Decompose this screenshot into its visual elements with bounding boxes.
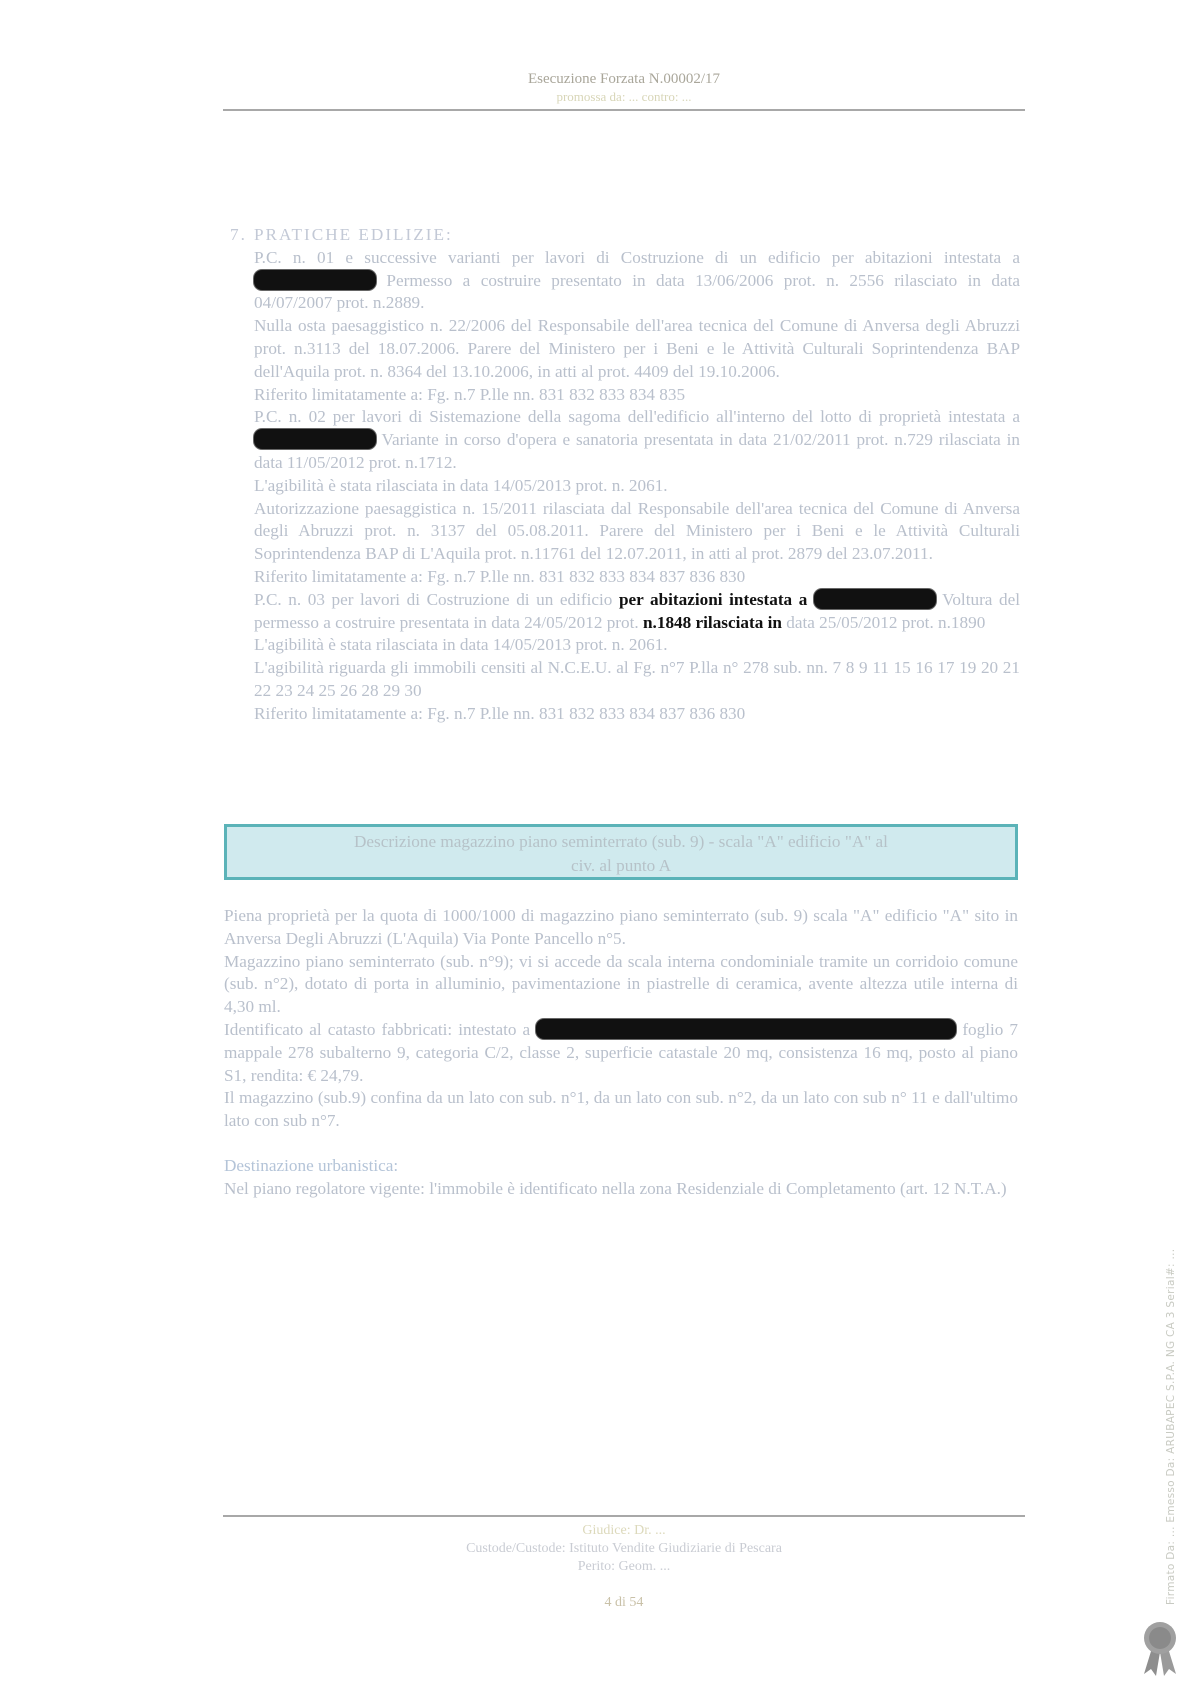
paragraph: Piena proprietà per la quota di 1000/100… <box>224 905 1018 951</box>
paragraph: Riferito limitatamente a: Fg. n.7 P.lle … <box>254 703 1020 726</box>
boxed-heading: Descrizione magazzino piano seminterrato… <box>224 824 1018 880</box>
section-number: 7. <box>230 224 247 247</box>
paragraph: P.C. n. 01 e successive varianti per lav… <box>254 247 1020 315</box>
zoning-heading: Destinazione urbanistica: <box>224 1155 1018 1178</box>
case-parties: promossa da: ... contro: ... <box>223 88 1025 106</box>
section-title: PRATICHE EDILIZIE: <box>254 225 453 244</box>
footer-custodian: Custode/Custode: Istituto Vendite Giudiz… <box>223 1540 1025 1558</box>
section-heading: 7. PRATICHE EDILIZIE: <box>230 224 1020 247</box>
paragraph: Autorizzazione paesaggistica n. 15/2011 … <box>254 498 1020 566</box>
paragraph: Identificato al catasto fabbricati: inte… <box>224 1019 1018 1087</box>
redaction-block <box>536 1019 956 1039</box>
paragraph: Riferito limitatamente a: Fg. n.7 P.lle … <box>254 384 1020 407</box>
certificate-seal-icon <box>1138 1618 1182 1678</box>
redaction-block <box>254 270 376 290</box>
page-footer: Giudice: Dr. ... Custode/Custode: Istitu… <box>223 1522 1025 1612</box>
redaction-block <box>254 429 376 449</box>
paragraph: Nel piano regolatore vigente: l'immobile… <box>224 1178 1018 1201</box>
footer-expert: Perito: Geom. ... <box>223 1558 1025 1576</box>
case-title: Esecuzione Forzata N.00002/17 <box>223 70 1025 88</box>
page-number: 4 di 54 <box>223 1594 1025 1612</box>
paragraph: Magazzino piano seminterrato (sub. n°9);… <box>224 951 1018 1019</box>
footer-judge: Giudice: Dr. ... <box>223 1522 1025 1540</box>
page-header: Esecuzione Forzata N.00002/17 promossa d… <box>223 70 1025 106</box>
paragraph: L'agibilità riguarda gli immobili censit… <box>254 657 1020 703</box>
paragraph: Il magazzino (sub.9) confina da un lato … <box>224 1087 1018 1133</box>
header-divider <box>223 109 1025 111</box>
paragraph: P.C. n. 02 per lavori di Sistemazione de… <box>254 406 1020 474</box>
footer-divider <box>223 1515 1025 1517</box>
paragraph: Riferito limitatamente a: Fg. n.7 P.lle … <box>254 566 1020 589</box>
property-description: Piena proprietà per la quota di 1000/100… <box>224 905 1018 1201</box>
paragraph: P.C. n. 03 per lavori di Costruzione di … <box>254 589 1020 635</box>
paragraph: Nulla osta paesaggistico n. 22/2006 del … <box>254 315 1020 383</box>
section-pratiche-edilizie: 7. PRATICHE EDILIZIE: P.C. n. 01 e succe… <box>230 224 1020 726</box>
redaction-block <box>814 589 936 609</box>
paragraph: L'agibilità è stata rilasciata in data 1… <box>254 634 1020 657</box>
paragraph: L'agibilità è stata rilasciata in data 1… <box>254 475 1020 498</box>
digital-signature-stamp: Firmato Da: ... Emesso Da: ARUBAPEC S.P.… <box>1165 1249 1177 1605</box>
